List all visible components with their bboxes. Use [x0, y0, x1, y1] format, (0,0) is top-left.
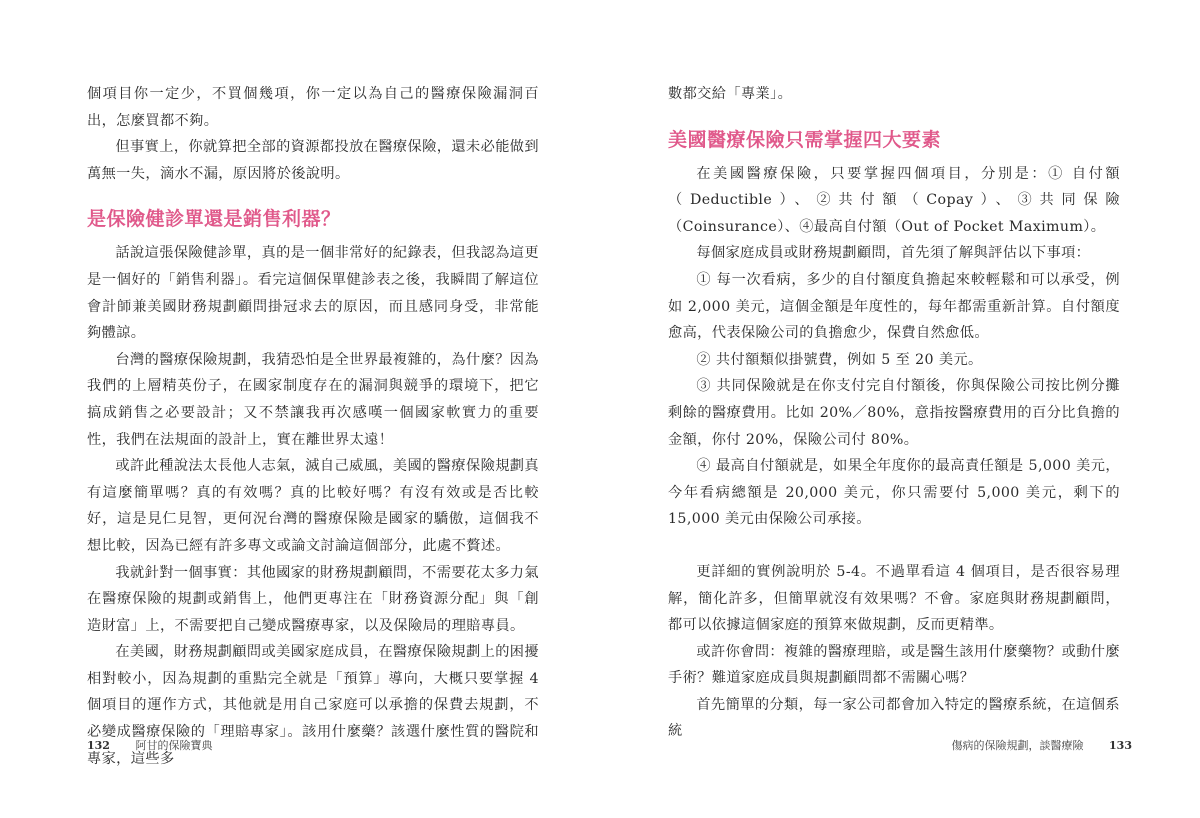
- left-page-content: 個項目你一定少，不買個幾項，你一定以為自己的醫療保險漏洞百出，怎麼買都不夠。 但…: [87, 81, 539, 772]
- left-page: 個項目你一定少，不買個幾項，你一定以為自己的醫療保險漏洞百出，怎麼買都不夠。 但…: [0, 0, 600, 818]
- paragraph: 我就針對一個事實：其他國家的財務規劃顧問，不需要花太多力氣在醫療保險的規劃或銷售…: [87, 560, 539, 640]
- page-footer: 傷病的保險規劃，談醫療險 133: [952, 737, 1132, 753]
- list-item: ① 每一次看病，多少的自付額度負擔起來較輕鬆和可以承受，例如 2,000 美元，…: [668, 267, 1120, 347]
- paragraph: 話說這張保險健診單，真的是一個非常好的紀錄表，但我認為這更是一個好的「銷售利器」…: [87, 240, 539, 346]
- running-title: 阿甘的保險寶典: [135, 739, 212, 752]
- paragraph: 或許你會問：複雜的醫療理賠，或是醫生該用什麼藥物？或動什麼手術？難道家庭成員與規…: [668, 639, 1120, 692]
- paragraph: 在美國醫療保險，只要掌握四個項目，分別是：① 自付額（Deductible）、②…: [668, 161, 1120, 241]
- list-item: ④ 最高自付額就是，如果全年度你的最高責任額是 5,000 美元，今年看病總額是…: [668, 453, 1120, 533]
- section-heading: 是保險健診單還是銷售利器？: [87, 205, 539, 233]
- list-item: ② 共付額類似掛號費，例如 5 至 20 美元。: [668, 347, 1120, 374]
- list-item: ③ 共同保險就是在你支付完自付額後，你與保險公司按比例分攤剩餘的醫療費用。比如 …: [668, 373, 1120, 453]
- section-heading: 美國醫療保險只需掌握四大要素: [668, 126, 1120, 154]
- paragraph: 個項目你一定少，不買個幾項，你一定以為自己的醫療保險漏洞百出，怎麼買都不夠。: [87, 81, 539, 134]
- paragraph: 但事實上，你就算把全部的資源都投放在醫療保險，還未必能做到萬無一失，滴水不漏，原…: [87, 134, 539, 187]
- right-page-content: 數都交給「專業」。 美國醫療保險只需掌握四大要素 在美國醫療保險，只要掌握四個項…: [668, 81, 1120, 745]
- page-number: 133: [1109, 739, 1132, 752]
- right-page: 數都交給「專業」。 美國醫療保險只需掌握四大要素 在美國醫療保險，只要掌握四個項…: [600, 0, 1200, 818]
- spacer: [668, 533, 1120, 559]
- paragraph: 每個家庭成員或財務規劃顧問，首先須了解與評估以下事項：: [668, 240, 1120, 267]
- paragraph: 數都交給「專業」。: [668, 81, 1120, 108]
- running-title: 傷病的保險規劃，談醫療險: [952, 739, 1084, 752]
- paragraph: 更詳細的實例說明於 5-4。不過單看這 4 個項目，是否很容易理解，簡化許多，但…: [668, 559, 1120, 639]
- paragraph: 台灣的醫療保險規劃，我猜恐怕是全世界最複雜的，為什麼？因為我們的上層精英份子，在…: [87, 347, 539, 453]
- page-footer: 132 阿甘的保險寶典: [87, 737, 212, 753]
- paragraph: 或許此種說法太長他人志氣，滅自己威風，美國的醫療保險規劃真有這麼簡單嗎？真的有效…: [87, 453, 539, 559]
- page-number: 132: [87, 739, 110, 752]
